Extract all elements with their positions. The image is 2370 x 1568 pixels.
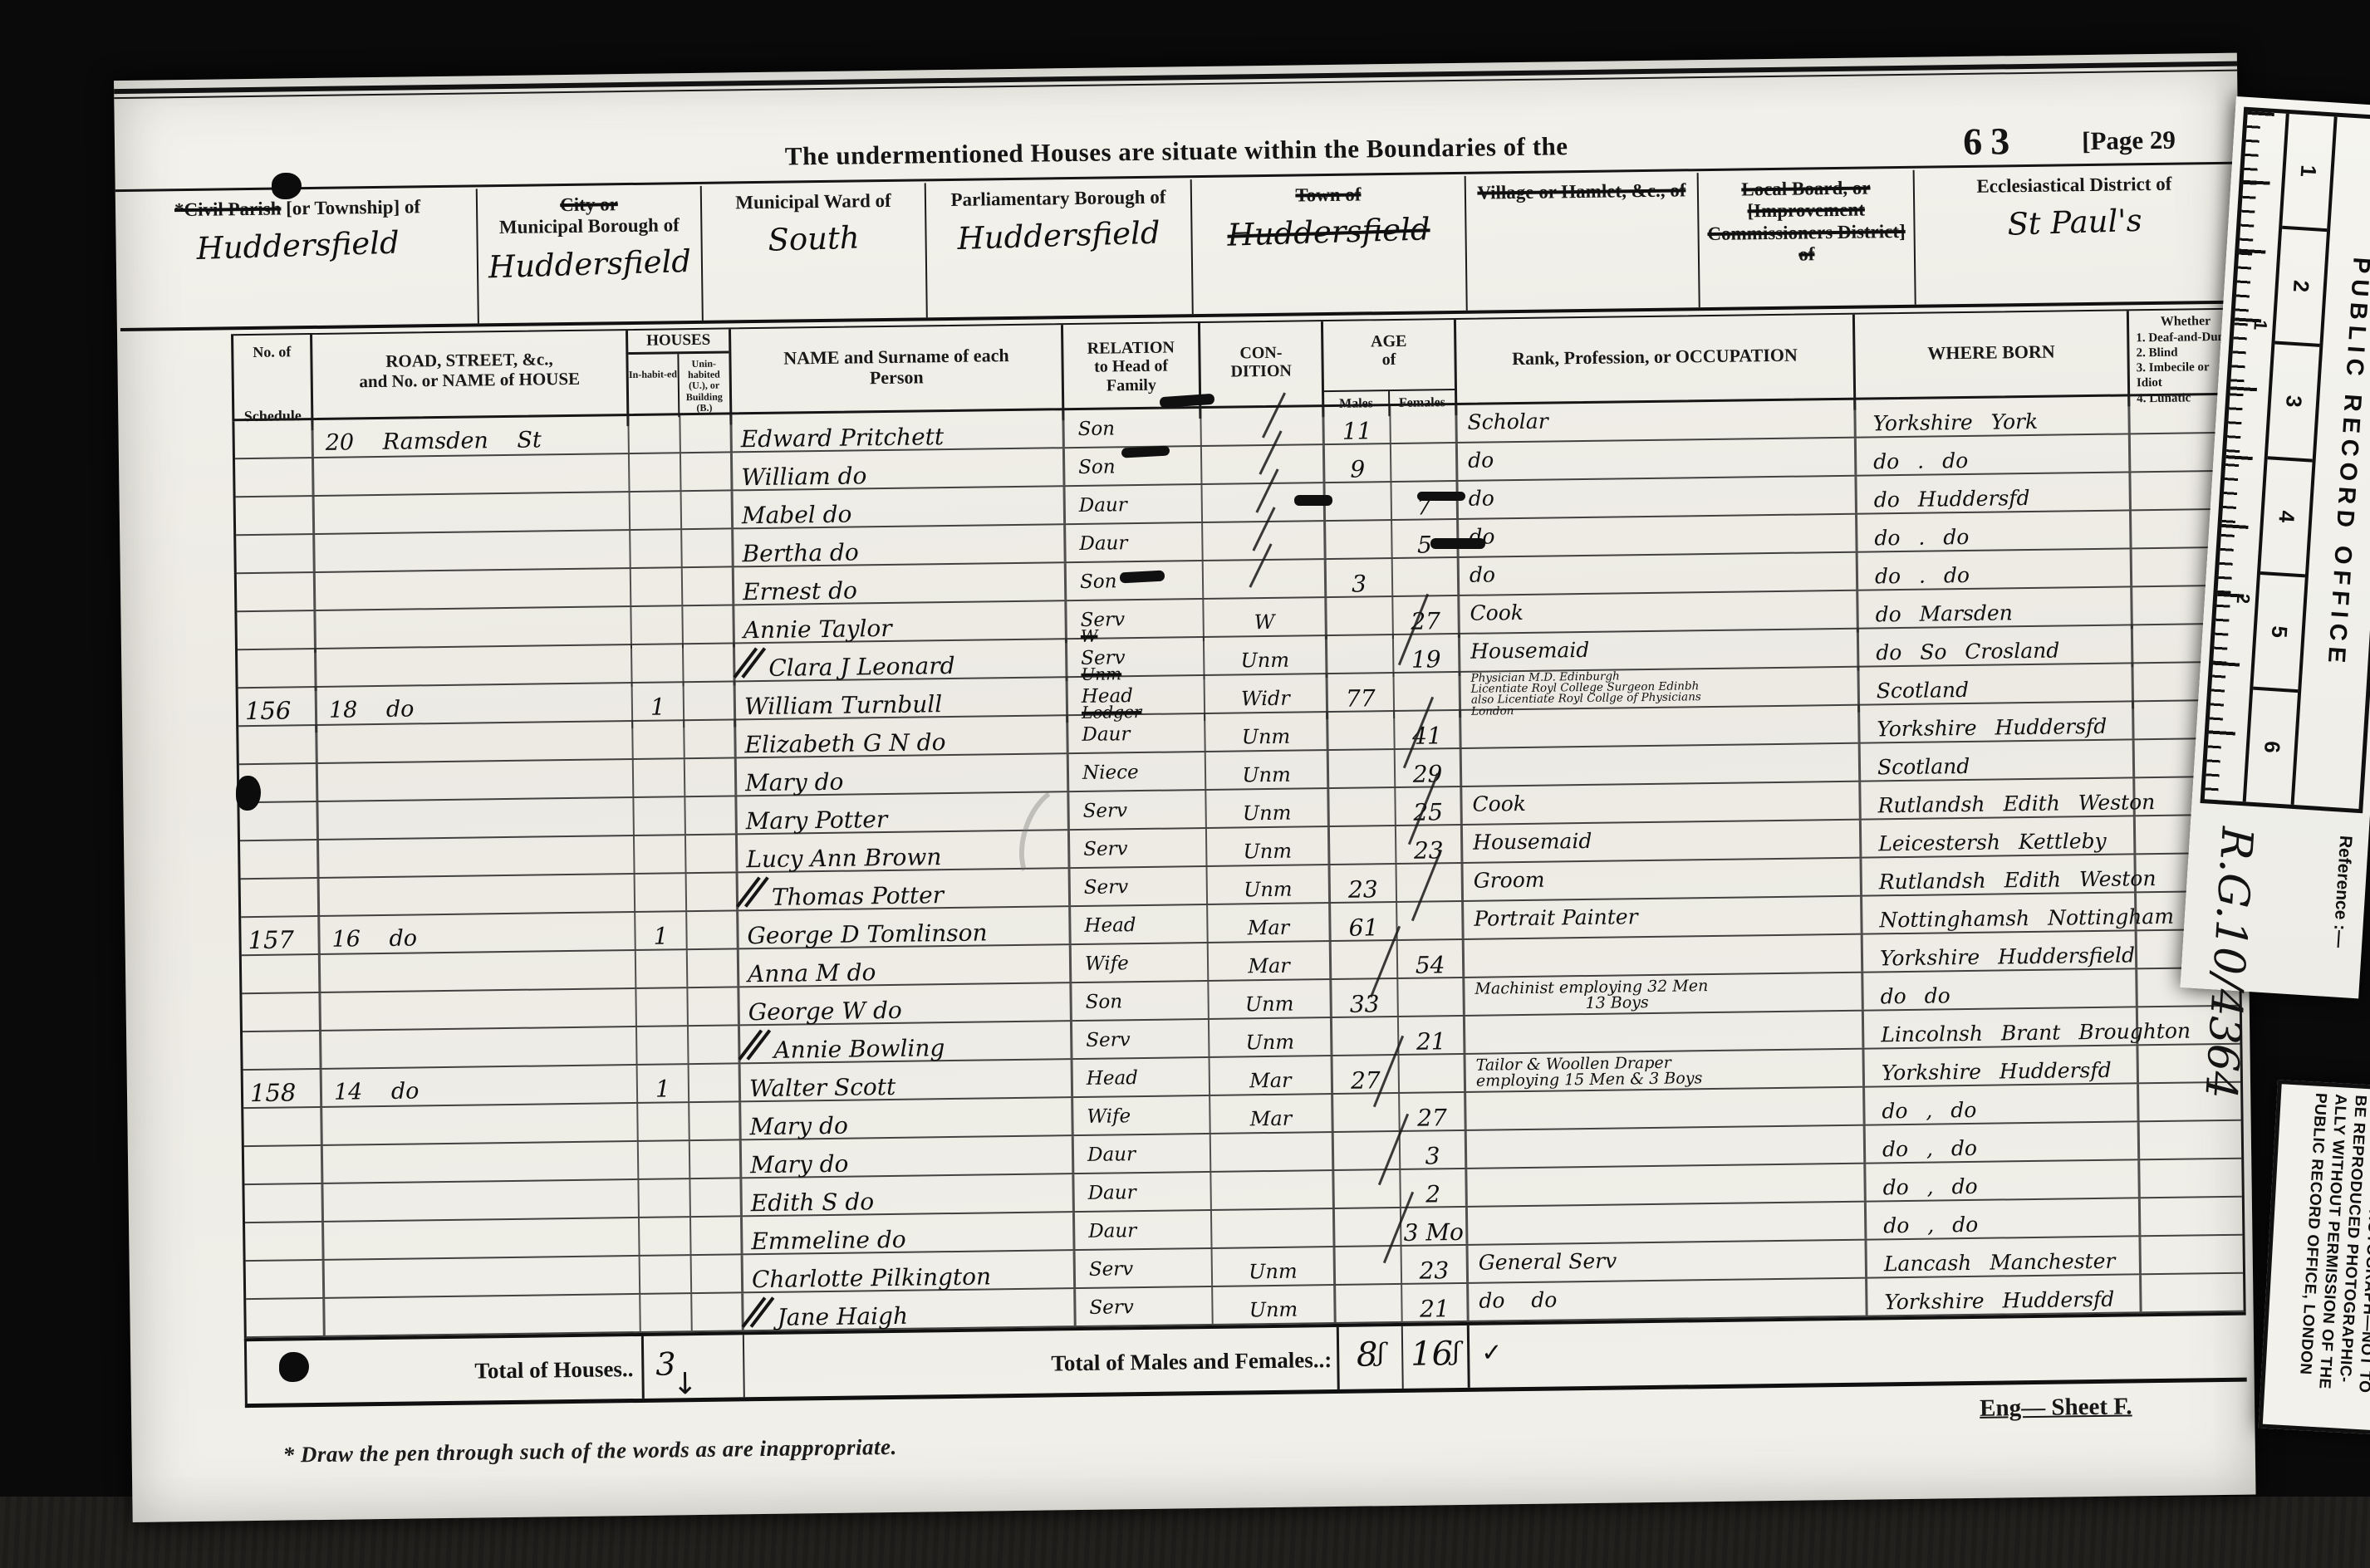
condition-text: W: [1254, 610, 1275, 634]
label-segment: Ecclesiastical District of: [1976, 174, 2171, 197]
road-cell: [324, 1218, 640, 1259]
schedule-cell: [238, 649, 317, 693]
age-value: 23: [1419, 1257, 1449, 1284]
name-cell: Emmeline do: [743, 1213, 1076, 1253]
age-females-cell: 23: [1396, 826, 1464, 863]
age-females-cell: [1391, 405, 1458, 443]
road-cell: [321, 951, 637, 992]
schedule-cell: [235, 458, 315, 496]
road-cell: [323, 1142, 640, 1183]
age-females-cell: 23: [1402, 1246, 1470, 1283]
relation-cell: Serv: [1070, 829, 1208, 867]
where-born-cell: do , do: [1866, 1122, 2141, 1162]
ruler-box-number: 3: [2280, 394, 2307, 408]
age-females-cell: [1396, 864, 1464, 901]
where-born-cell: do Huddersfd: [1857, 473, 2132, 512]
district-header-label: Town of: [1192, 183, 1465, 208]
name-cell: Elizabeth G N do: [736, 716, 1069, 757]
pen-arrow-mark: ↓: [672, 1367, 698, 1401]
where-born-cell: Yorkshire Huddersfield: [1863, 931, 2138, 971]
uninhabited-cell: [683, 567, 735, 605]
schedule-cell: 157: [241, 917, 321, 954]
where-born-text: do So Crosland: [1876, 639, 2059, 665]
where-born-text: do Marsden: [1875, 600, 2013, 626]
condition-text: Mar: [1250, 1107, 1293, 1131]
age-females-cell: [1400, 1055, 1467, 1092]
col-header-schedule: No. of Schedule: [233, 335, 313, 431]
age-males-cell: [1332, 1017, 1400, 1055]
pen-hash-mark: [743, 653, 765, 673]
where-born-text: Rutlandsh Edith Weston: [1879, 866, 2157, 894]
district-header-label-line: Municipal Borough of: [478, 214, 700, 239]
person-name: Bertha do: [742, 538, 859, 567]
relation-text: Son: [1086, 994, 1123, 1010]
where-born-text: Yorkshire Huddersfield: [1880, 943, 2135, 970]
schedule-cell: [246, 1261, 326, 1298]
check-mark: ✓: [1470, 1321, 1869, 1388]
age-males-cell: 61: [1331, 903, 1398, 940]
tally-stroke: ʃ: [1377, 1338, 1385, 1367]
ruler-box: 1: [2282, 114, 2334, 232]
age-females-cell: 21: [1399, 1017, 1466, 1054]
occupation-cell: Machinist employing 32 Men 13 Boys: [1465, 973, 1864, 1015]
inhabited-cell: [639, 1179, 691, 1217]
tally-stroke: ʃ: [1453, 1337, 1460, 1366]
inhabited-cell: [640, 1294, 693, 1331]
district-header-value: South: [702, 218, 925, 260]
age-females-cell: [1397, 902, 1465, 939]
relation-text: Serv: [1083, 841, 1128, 857]
relation-cell: Serv: [1072, 1020, 1210, 1058]
where-born-cell: Yorkshire Huddersfd: [1864, 1046, 2139, 1085]
col-header-text: WHERE BORN: [1855, 341, 2127, 365]
age-males-cell: [1327, 597, 1394, 639]
relation-text: Serv: [1089, 1262, 1134, 1277]
uninhabited-cell: [682, 529, 734, 566]
age-value: 11: [1342, 417, 1372, 444]
condition-cell: Unm: [1213, 1247, 1337, 1286]
relation-cell: ServUnm: [1067, 638, 1205, 682]
name-cell: Mary do: [741, 1098, 1074, 1139]
occupation-cell: Cook: [1462, 782, 1862, 824]
district-header-label: Ecclesiastical District of: [1915, 173, 2234, 198]
cell-text: 20 Ramsden St: [326, 427, 542, 455]
condition-text: Mar: [1248, 954, 1290, 978]
name-cell: Thomas Potter: [738, 869, 1072, 909]
person-name: Mabel do: [742, 501, 852, 530]
col-header-road: ROAD, STREET, &c., and No. or NAME of HO…: [312, 331, 629, 430]
ruler-box: 5: [2253, 575, 2305, 693]
relation-text: Serv: [1089, 1300, 1134, 1316]
condition-text: Unm: [1243, 801, 1292, 826]
district-header-cell: *Civil Parish [or Township] ofHuddersfie…: [119, 189, 479, 328]
uninhabited-cell: [681, 453, 734, 490]
col-header-text: of: [1323, 350, 1454, 370]
schedule-cell: [242, 993, 321, 1031]
occupation-line: Portrait Painter: [1474, 904, 1860, 929]
district-header-cell: Parliamentary Borough ofHuddersfield: [926, 179, 1194, 317]
label-segment: Parliamentary Borough of: [950, 187, 1165, 210]
road-cell: 14 do: [322, 1066, 639, 1106]
age-value: 77: [1346, 684, 1376, 712]
where-born-text: do , do: [1882, 1174, 1977, 1199]
relation-text: Head: [1087, 1071, 1138, 1086]
condition-text: Mar: [1249, 1069, 1292, 1093]
age-males-cell: [1332, 941, 1399, 978]
where-born-cell: Scotland: [1861, 740, 2136, 780]
person-name: George W do: [748, 997, 902, 1026]
district-header-label: Village or Hamlet, &c., of: [1466, 179, 1697, 204]
uninhabited-cell: [680, 414, 733, 452]
uninhabited-cell: [689, 1026, 741, 1063]
road-cell: [325, 1257, 641, 1297]
district-header-value: Huddersfield: [478, 243, 701, 285]
condition-cell: Mar: [1208, 904, 1332, 942]
inhabited-cell: [629, 415, 681, 453]
col-header-text: Person: [732, 365, 1062, 390]
relation-text: Head: [1082, 688, 1133, 704]
district-header-label-line: Village or Hamlet, &c., of: [1466, 179, 1697, 204]
age-females-cell: 2: [1401, 1169, 1468, 1207]
where-born-text: Nottinghamsh Nottingham: [1879, 904, 2174, 933]
infirmity-cell: [2140, 1121, 2247, 1159]
age-females-cell: [1393, 558, 1460, 595]
infirmity-cell: [2141, 1236, 2248, 1274]
road-cell: [325, 1295, 641, 1335]
occupation-line: Groom: [1474, 865, 1860, 891]
where-born-cell: do do: [1863, 969, 2138, 1009]
road-cell: 20 Ramsden St: [313, 416, 630, 457]
relation-cell: Wife: [1073, 1096, 1211, 1134]
inhabited-cell: [640, 1218, 692, 1255]
occupation-line: do: [1470, 560, 1856, 586]
district-header-value: Huddersfield: [119, 223, 477, 269]
col-header-text: RELATION: [1063, 338, 1198, 359]
condition-cell: Mar: [1210, 1095, 1334, 1133]
relation-cell: Daur: [1074, 1134, 1212, 1173]
age-males-cell: 23: [1331, 865, 1398, 902]
occupation-cell: do do: [1469, 1279, 1868, 1321]
name-cell: Mary do: [737, 754, 1070, 795]
district-header-label: *Civil Parish [or Township] of: [119, 195, 476, 222]
occupation-line: Cook: [1470, 598, 1856, 624]
pen-hash-mark: [752, 1302, 773, 1322]
condition-cell: Unm: [1208, 865, 1332, 904]
relation-text: Son: [1080, 574, 1117, 590]
relation-text: Daur: [1079, 497, 1127, 513]
schedule-cell: [243, 1108, 323, 1145]
condition-cell: Unm: [1210, 1018, 1333, 1056]
condition-cell: Unm: [1206, 789, 1330, 827]
occupation-cell: do: [1459, 515, 1858, 556]
total-males-number: 8: [1357, 1335, 1378, 1374]
road-cell: [315, 531, 631, 571]
occupation-cell: [1465, 935, 1864, 977]
census-scan-page: The undermentioned Houses are situate wi…: [0, 0, 2370, 1568]
name-cell: Edward Pritchett: [732, 410, 1065, 451]
district-header-label-line: City or: [478, 193, 700, 218]
cell-text: 157: [248, 925, 294, 954]
age-value: 54: [1416, 951, 1445, 978]
reference-value: R.G.10/4364: [2195, 826, 2261, 1100]
age-males-cell: [1336, 1247, 1403, 1284]
schedule-cell: [241, 879, 321, 916]
name-cell: Mary Potter: [737, 792, 1070, 833]
occupation-cell: [1462, 744, 1862, 786]
condition-text: Unm: [1249, 1260, 1298, 1284]
cell-text: 18 do: [329, 696, 415, 723]
schedule-cell: [236, 497, 316, 534]
age-males-cell: [1329, 750, 1396, 787]
person-name: Mary Potter: [746, 806, 888, 835]
page-number-label: [Page 29: [2082, 125, 2176, 156]
person-name: Mary do: [745, 768, 844, 797]
inhabited-cell: [637, 1027, 689, 1064]
reference-label: Reference :—: [2328, 835, 2355, 948]
relation-text: Wife: [1087, 1109, 1131, 1125]
name-cell: Mabel do: [734, 487, 1067, 527]
condition-cell: Unm: [1205, 636, 1328, 679]
name-cell: Annie Bowling: [740, 1022, 1073, 1062]
relation-text: Son: [1077, 421, 1115, 437]
col-header-houses: HOUSES In-habit-ed Unin-habited (U.), or…: [628, 329, 732, 426]
uninhabited-cell: [682, 491, 734, 528]
relation-cell: Serv: [1071, 867, 1209, 905]
relation-text: Head: [1084, 918, 1136, 933]
person-name: Clara J Leonard: [768, 652, 955, 682]
where-born-cell: do . do: [1857, 511, 2132, 551]
age-value: 21: [1416, 1027, 1446, 1055]
uninhabited-cell: [689, 1064, 742, 1101]
census-form-sheet: The undermentioned Houses are situate wi…: [114, 53, 2256, 1522]
uninhabited-cell: [688, 949, 740, 987]
person-name: Elizabeth G N do: [744, 728, 945, 758]
where-born-text: Yorkshire York: [1872, 409, 2038, 436]
condition-text: Widr: [1241, 687, 1290, 711]
schedule-cell: [237, 611, 316, 654]
occupation-line: General Serv: [1479, 1247, 1865, 1273]
inhabited-cell: 1: [635, 912, 688, 949]
relation-text: Daur: [1079, 536, 1127, 551]
condition-cell: [1212, 1209, 1336, 1247]
uninhabited-cell: [684, 644, 736, 686]
person-name: William Turnbull: [744, 690, 943, 720]
where-born-text: do . do: [1873, 448, 1968, 473]
age-females-cell: 3 Mo: [1401, 1208, 1469, 1245]
schedule-cell: [234, 420, 314, 458]
occupation-cell: Portrait Painter: [1464, 897, 1863, 938]
ruler-box-number: 1: [2295, 164, 2322, 178]
where-born-cell: do , do: [1866, 1160, 2141, 1200]
person-name: Edward Pritchett: [741, 423, 945, 453]
condition-text: Unm: [1242, 725, 1291, 749]
occupation-cell: [1467, 1164, 1867, 1206]
person-name: Emmeline do: [751, 1226, 906, 1255]
relation-text: Serv: [1080, 612, 1125, 628]
road-cell: [315, 492, 631, 533]
ruler-box: 4: [2260, 459, 2313, 577]
col-header-text: CON-: [1200, 343, 1321, 363]
col-header-text: Whether: [2136, 313, 2235, 331]
relation-text: Daur: [1088, 1223, 1136, 1239]
road-cell: [320, 875, 636, 915]
uninhabited-cell: [685, 758, 738, 796]
age-males-cell: 27: [1333, 1056, 1401, 1093]
district-header-value: St Paul's: [1915, 200, 2235, 246]
person-name: Thomas Potter: [772, 881, 945, 911]
road-cell: [323, 1180, 640, 1221]
relation-cell: Daur: [1075, 1211, 1213, 1249]
where-born-cell: Nottinghamsh Nottingham: [1862, 893, 2137, 933]
inhabited-cell: [633, 721, 685, 758]
uninhabited-cell: [689, 1102, 742, 1139]
district-header-cell: Town ofHuddersfield: [1192, 176, 1468, 314]
relation-cell: Son: [1072, 982, 1210, 1020]
where-born-cell: Yorkshire Huddersfd: [1860, 702, 2135, 742]
cell-text: 1: [653, 922, 668, 949]
relation-text: Daur: [1087, 1147, 1136, 1163]
district-header-grid: *Civil Parish [or Township] ofHuddersfie…: [119, 166, 2235, 331]
name-cell: Charlotte Pilkington: [743, 1251, 1077, 1291]
col-header-text: Rank, Profession, or OCCUPATION: [1456, 345, 1852, 370]
relation-text: Daur: [1088, 1185, 1136, 1201]
relation-cell: Daur: [1068, 714, 1206, 752]
ruler-box-number: 4: [2273, 510, 2299, 523]
occupation-line: Housemaid: [1473, 827, 1859, 853]
col-header-where-born: WHERE BORN: [1855, 311, 2130, 409]
schedule-cell: [244, 1146, 324, 1183]
schedule-cell: [245, 1223, 325, 1260]
age-females-cell: 27: [1393, 596, 1460, 639]
district-header-label: Municipal Ward of: [702, 189, 925, 214]
inhabited-cell: [638, 1103, 690, 1140]
occupation-cell: [1461, 706, 1861, 747]
col-header-text: AGE: [1323, 331, 1454, 351]
col-header-condition: CON- DITION: [1200, 321, 1324, 419]
where-born-text: do , do: [1883, 1213, 1978, 1237]
where-born-cell: Lancash Manchester: [1867, 1237, 2142, 1276]
name-cell: William do: [733, 448, 1066, 489]
label-segment: Village or Hamlet, &c., of: [1477, 179, 1685, 203]
where-born-text: Lancash Manchester: [1884, 1249, 2116, 1276]
occupation-line: employing 15 Men & 3 Boys: [1476, 1069, 1862, 1090]
pro-office-text: PUBLIC RECORD OFFICE: [2322, 257, 2370, 669]
occupation-line: Housemaid: [1470, 636, 1857, 662]
road-cell: [321, 989, 637, 1030]
where-born-cell: Yorkshire York: [1856, 396, 2131, 436]
col-header-text: to Head of: [1063, 356, 1198, 377]
uninhabited-cell: [692, 1255, 744, 1292]
condition-text: Unm: [1244, 878, 1293, 902]
relation-cell: Head: [1071, 905, 1209, 943]
inhabited-cell: [631, 530, 683, 567]
where-born-text: do , do: [1882, 1098, 1976, 1123]
district-header-label-line: Ecclesiastical District of: [1915, 173, 2234, 198]
relation-cell: Serv: [1076, 1249, 1214, 1287]
uninhabited-cell: [687, 873, 739, 910]
occupation-cell: [1468, 1203, 1867, 1244]
relation-cell: ServW: [1067, 600, 1205, 644]
age-value: 27: [1351, 1066, 1381, 1094]
road-cell: [316, 569, 632, 610]
inhabited-cell: [631, 492, 683, 529]
relation-cell: Daur: [1066, 523, 1204, 561]
district-header-label-line: Local Board, or [Improvement: [1699, 177, 1914, 223]
occupation-cell: General Serv: [1469, 1241, 1868, 1282]
condition-cell: Unm: [1205, 713, 1329, 751]
name-cell: George D Tomlinson: [738, 907, 1072, 948]
uninhabited-cell: [687, 911, 739, 948]
age-females-cell: [1391, 443, 1459, 481]
age-females-cell: 27: [1400, 1093, 1467, 1130]
person-name: Edith S do: [751, 1188, 875, 1217]
where-born-cell: Rutlandsh Edith Weston: [1862, 855, 2137, 894]
age-value: 2: [1425, 1180, 1440, 1208]
district-header-label-line: Municipal Ward of: [702, 189, 925, 214]
where-born-text: Scotland: [1877, 754, 1970, 779]
occupation-cell: Groom: [1463, 859, 1862, 900]
relation-text: Serv: [1084, 880, 1129, 895]
age-males-cell: 33: [1332, 979, 1399, 1017]
uninhabited-cell: [691, 1217, 743, 1254]
age-value: 3 Mo: [1403, 1218, 1464, 1247]
road-cell: [314, 454, 631, 495]
district-header-cell: Local Board, or [ImprovementCommissioner…: [1699, 170, 1916, 307]
where-born-text: do , do: [1882, 1136, 1977, 1161]
occupation-line: Cook: [1472, 789, 1858, 815]
occupation-cell: [1466, 1088, 1866, 1129]
where-born-cell: do . do: [1857, 434, 2132, 474]
sheet-label: Eng— Sheet F.: [1980, 1393, 2132, 1422]
condition-cell: W: [1204, 598, 1327, 641]
person-name: Annie Taylor: [743, 615, 892, 644]
label-segment: City or: [560, 194, 618, 215]
district-header-label-line: Parliamentary Borough of: [926, 186, 1190, 212]
occupation-cell: Housemaid: [1463, 821, 1862, 862]
condition-cell: [1201, 407, 1325, 445]
ruler-inch-number: 1: [2249, 320, 2271, 331]
uninhabited-cell: [690, 1178, 743, 1216]
condition-cell: Unm: [1213, 1286, 1337, 1324]
schedule-cell: [237, 573, 316, 610]
person-name: Mary do: [750, 1150, 849, 1179]
condition-cell: [1211, 1171, 1335, 1209]
road-cell: [317, 722, 634, 762]
where-born-text: Leicestersh Kettleby: [1878, 829, 2107, 856]
schedule-cell: [240, 840, 320, 878]
total-females-value: 16ʃ: [1403, 1325, 1470, 1389]
age-males-cell: [1334, 1170, 1401, 1208]
uninhabited-cell: [690, 1140, 743, 1178]
age-value: 3: [1425, 1142, 1440, 1169]
uninhabited-cell: [685, 796, 738, 834]
condition-cell: Unm: [1206, 751, 1330, 789]
relation-cell: Son: [1064, 409, 1202, 447]
age-males-cell: [1330, 826, 1397, 864]
folio-number: 63: [1963, 119, 2019, 164]
relation-cell: Wife: [1072, 943, 1210, 982]
age-males-cell: [1336, 1285, 1403, 1322]
occupation-cell: [1467, 1126, 1867, 1168]
schedule-cell: [243, 1031, 322, 1069]
age-value: 19: [1411, 645, 1441, 673]
person-name: Ernest do: [743, 576, 857, 605]
where-born-text: Yorkshire Huddersfd: [1884, 1287, 2114, 1315]
name-cell: Anna M do: [739, 945, 1072, 986]
age-value: 61: [1348, 914, 1378, 941]
age-males-cell: 3: [1327, 559, 1394, 596]
col-header-text: HOUSES: [628, 329, 729, 355]
